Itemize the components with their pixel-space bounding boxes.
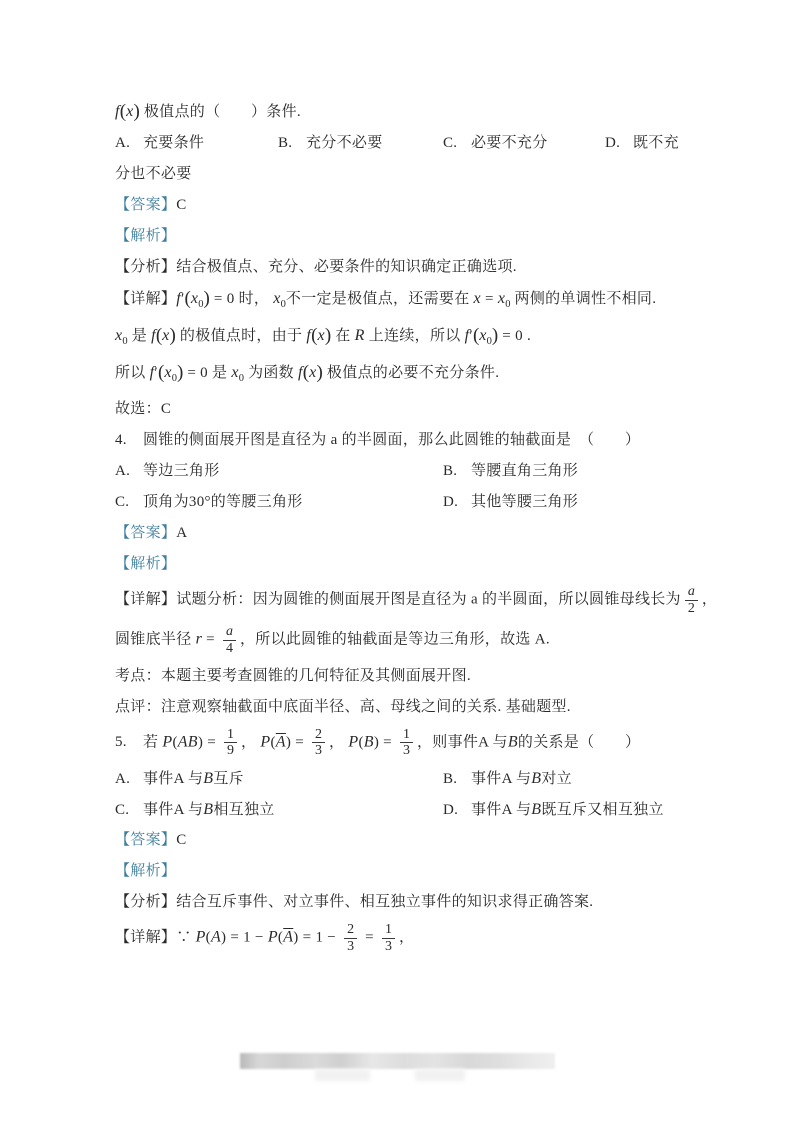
text-run: 的极值点时，由于 xyxy=(176,328,307,344)
math-variable: B xyxy=(508,733,518,750)
text-run: 所以 xyxy=(115,365,150,381)
q3-option-c: C.必要不充分 xyxy=(443,132,548,155)
q3-conclusion: 故选：C xyxy=(115,398,693,421)
text-run: ， xyxy=(241,734,260,750)
q3-options-row: A.充要条件B.充分不必要C.必要不充分D.既不充 xyxy=(115,132,693,155)
option-letter: D. xyxy=(443,799,471,822)
fraction-denominator: 3 xyxy=(344,938,357,955)
q4-options-row-2: C.顶角为30°的等腰三角形D.其他等腰三角形 xyxy=(115,491,693,514)
math-variable: AB xyxy=(178,733,198,750)
q3-option-d: D.既不充 xyxy=(605,132,679,155)
text-run: 既互斥又相互独立 xyxy=(541,802,663,818)
text-run: 充要条件 xyxy=(143,135,204,151)
fraction-denominator: 2 xyxy=(685,600,698,617)
section-label: 【答案】 xyxy=(115,525,176,541)
q4-detail-2: 圆锥底半径 r = a4，所以此圆锥的轴截面是等边三角形，故选 A. xyxy=(115,624,693,656)
q4-stem: 4.圆锥的侧面展开图是直径为 a 的半圆面，那么此圆锥的轴截面是 （ ） xyxy=(115,429,693,452)
q4-option-c: C.顶角为30°的等腰三角形 xyxy=(115,491,303,514)
math-variable-overbar: A xyxy=(283,929,293,946)
text-run: 【分析】结合互斥事件、对立事件、相互独立事件的知识求得正确答案. xyxy=(115,894,593,910)
math-variable: x xyxy=(479,327,486,344)
fraction-numerator: 2 xyxy=(312,727,325,743)
math-variable: B xyxy=(364,733,374,750)
document-page: f(x) 极值点的（ ）条件.A.充要条件B.充分不必要C.必要不充分D.既不充… xyxy=(0,0,793,1122)
q4-kaodian: 考点：本题主要考查圆锥的几何特征及其侧面展开图. xyxy=(115,665,693,688)
document-content: f(x) 极值点的（ ）条件.A.充要条件B.充分不必要C.必要不充分D.既不充… xyxy=(115,100,693,962)
math-variable: A xyxy=(211,929,221,946)
option-letter: C. xyxy=(115,491,143,514)
text-run: 的关系是（ ） xyxy=(518,734,640,750)
q5-option-c: C.事件A 与B相互独立 xyxy=(115,798,275,822)
fraction-numerator: 1 xyxy=(382,922,395,938)
math-variable: x xyxy=(309,364,316,381)
fraction-denominator: 3 xyxy=(382,938,395,955)
fraction-numerator: 1 xyxy=(400,727,413,743)
q4-detail-1: 【详解】试题分析：因为圆锥的侧面展开图是直径为 a 的半圆面，所以圆锥母线长为a… xyxy=(115,584,693,616)
q4-option-d: D.其他等腰三角形 xyxy=(443,491,578,514)
text-run: 事件A 与 xyxy=(143,802,203,818)
q4-option-a: A.等边三角形 xyxy=(115,460,220,483)
text-run: = 0 . xyxy=(498,328,531,344)
fraction: 23 xyxy=(312,727,325,759)
text-run: 等腰直角三角形 xyxy=(471,463,578,479)
option-letter: A. xyxy=(115,768,143,791)
section-label: 【解析】 xyxy=(115,556,176,572)
q5-fenxi: 【分析】结合互斥事件、对立事件、相互独立事件的知识求得正确答案. xyxy=(115,891,693,914)
watermark-smudge xyxy=(415,1069,465,1081)
text-run: ) = xyxy=(286,734,308,750)
fraction-denominator: 9 xyxy=(224,742,237,759)
text-run: 两侧的单调性不相同. xyxy=(510,291,656,307)
option-letter: D. xyxy=(443,491,471,514)
fraction-denominator: 3 xyxy=(312,742,325,759)
text-run: 分也不必要 xyxy=(115,166,192,182)
text-run: 事件A 与 xyxy=(143,771,203,787)
q3-option-a: A.充要条件 xyxy=(115,132,204,155)
math-variable: B xyxy=(531,770,541,787)
math-variable: P xyxy=(260,733,270,750)
fraction-numerator: a xyxy=(223,624,236,640)
math-variable: P xyxy=(348,733,358,750)
text-run: 【详解】 xyxy=(115,291,176,307)
text-run: 充分不必要 xyxy=(306,135,383,151)
text-run: 极值点的（ ）条件. xyxy=(140,104,301,120)
section-label: 【答案】 xyxy=(115,197,176,213)
text-run: 上连续，所以 xyxy=(365,328,465,344)
option-letter: B. xyxy=(443,768,471,791)
text-run: 既不充 xyxy=(633,135,679,151)
text-run: 其他等腰三角形 xyxy=(471,494,578,510)
text-run: 互斥 xyxy=(213,771,244,787)
option-letter: B. xyxy=(278,132,306,155)
text-run: 【详解】试题分析：因为圆锥的侧面展开图是直径为 a 的半圆面，所以圆锥母线长为 xyxy=(115,592,681,608)
math-variable: B xyxy=(203,801,213,818)
text-run: 【详解】∵ xyxy=(115,930,196,946)
text-run: 是 xyxy=(128,328,151,344)
option-letter: C. xyxy=(115,799,143,822)
fraction: 23 xyxy=(344,922,357,954)
text-run: = xyxy=(481,291,498,307)
q5-options-row-1: A.事件A 与B互斥B.事件A 与B对立 xyxy=(115,767,693,790)
fraction-numerator: 2 xyxy=(344,922,357,938)
q3-detail-3: 所以 f′(x0) = 0 是 x0 为函数 f(x) 极值点的必要不充分条件. xyxy=(115,361,693,390)
q3-fenxi: 【分析】结合极值点、充分、必要条件的知识确定正确选项. xyxy=(115,256,693,279)
q4-options-row-1: A.等边三角形B.等腰直角三角形 xyxy=(115,460,693,483)
text-run: ) = xyxy=(374,734,396,750)
text-run: 故选：C xyxy=(115,401,171,417)
fraction: a2 xyxy=(685,584,698,616)
math-variable: x xyxy=(162,327,169,344)
text-run: ， xyxy=(329,734,348,750)
text-run: C xyxy=(176,197,186,213)
math-variable-overbar: A xyxy=(276,733,286,750)
text-run: 顶角为30°的等腰三角形 xyxy=(143,494,303,510)
q3-answer: 【答案】C xyxy=(115,194,693,217)
q5-analysis-label: 【解析】 xyxy=(115,860,693,883)
watermark-redacted-bar xyxy=(240,1053,555,1069)
text-run: ，则事件A 与 xyxy=(417,734,508,750)
text-run: = 0 时， xyxy=(210,291,273,307)
q5-option-d: D.事件A 与B既互斥又相互独立 xyxy=(443,798,664,822)
text-run: 若 xyxy=(143,734,162,750)
option-letter: A. xyxy=(115,132,143,155)
q3-option-b: B.充分不必要 xyxy=(278,132,383,155)
q3-detail-2: x0 是 f(x) 的极值点时，由于 f(x) 在 R 上连续，所以 f′(x0… xyxy=(115,324,693,353)
math-variable: B xyxy=(531,801,541,818)
math-variable: P xyxy=(162,733,172,750)
math-variable: x xyxy=(273,290,280,307)
text-run: 为函数 xyxy=(244,365,298,381)
fraction: a4 xyxy=(223,624,236,656)
text-run: 在 xyxy=(331,328,354,344)
text-run: 点评：注意观察轴截面中底面半径、高、母线之间的关系. 基础题型. xyxy=(115,699,571,715)
text-run: = 0 是 xyxy=(183,365,231,381)
fraction: 19 xyxy=(224,727,237,759)
q5-answer: 【答案】C xyxy=(115,829,693,852)
math-variable: B xyxy=(203,770,213,787)
math-variable: x xyxy=(474,290,481,307)
fraction: 13 xyxy=(400,727,413,759)
q5-detail-1: 【详解】∵ P(A) = 1 − P(A) = 1 − 23 = 13， xyxy=(115,922,693,954)
watermark-smudge xyxy=(315,1069,370,1081)
fraction-numerator: a xyxy=(685,584,698,600)
option-letter: 5. xyxy=(115,731,143,754)
q3-option-d-wrap: 分也不必要 xyxy=(115,163,693,186)
math-variable: P xyxy=(196,929,206,946)
option-letter: D. xyxy=(605,132,633,155)
option-letter: B. xyxy=(443,460,471,483)
q5-stem: 5.若 P(AB) = 19， P(A) = 23， P(B) = 13，则事件… xyxy=(115,727,693,759)
text-run: 考点：本题主要考查圆锥的几何特征及其侧面展开图. xyxy=(115,668,471,684)
fraction-denominator: 3 xyxy=(400,742,413,759)
text-run: ) = 1 − xyxy=(221,930,268,946)
q4-analysis-label: 【解析】 xyxy=(115,553,693,576)
text-run: 事件A 与 xyxy=(471,771,531,787)
q3-stem-continued: f(x) 极值点的（ ）条件. xyxy=(115,100,693,124)
q5-option-b: B.事件A 与B对立 xyxy=(443,767,572,791)
text-run: 圆锥底半径 xyxy=(115,632,196,648)
text-run: ，所以此圆锥的轴截面是等边三角形，故选 A. xyxy=(240,632,550,648)
q5-option-a: A.事件A 与B互斥 xyxy=(115,767,244,791)
text-run: 【分析】结合极值点、充分、必要条件的知识确定正确选项. xyxy=(115,259,517,275)
text-run: A xyxy=(176,525,187,541)
q5-options-row-2: C.事件A 与B相互独立D.事件A 与B既互斥又相互独立 xyxy=(115,798,693,821)
text-run: ， xyxy=(399,930,414,946)
q4-option-b: B.等腰直角三角形 xyxy=(443,460,578,483)
math-variable: x xyxy=(164,364,171,381)
text-run: 极值点的必要不充分条件. xyxy=(323,365,499,381)
q4-dianping: 点评：注意观察轴截面中底面半径、高、母线之间的关系. 基础题型. xyxy=(115,696,693,719)
option-letter: C. xyxy=(443,132,471,155)
text-run: 对立 xyxy=(541,771,572,787)
fraction-numerator: 1 xyxy=(224,727,237,743)
text-run: ) = 1 − xyxy=(293,930,340,946)
text-run: 事件A 与 xyxy=(471,802,531,818)
math-variable: R xyxy=(355,327,365,344)
text-run: C xyxy=(176,832,186,848)
text-run: 圆锥的侧面展开图是直径为 a 的半圆面，那么此圆锥的轴截面是 （ ） xyxy=(143,432,640,448)
math-variable: x xyxy=(231,364,238,381)
text-run: 相互独立 xyxy=(213,802,274,818)
fraction: 13 xyxy=(382,922,395,954)
q3-detail-1: 【详解】f′(x0) = 0 时， x0不一定是极值点，还需要在 x = x0 … xyxy=(115,287,693,316)
q3-analysis-label: 【解析】 xyxy=(115,225,693,248)
text-run: ， xyxy=(702,592,717,608)
text-run: 等边三角形 xyxy=(143,463,220,479)
text-run: ) = xyxy=(198,734,220,750)
q4-answer: 【答案】A xyxy=(115,522,693,545)
text-run: 必要不充分 xyxy=(471,135,548,151)
math-variable: x xyxy=(317,327,324,344)
section-label: 【解析】 xyxy=(115,863,176,879)
text-run: = xyxy=(202,632,219,648)
fraction-denominator: 4 xyxy=(223,640,236,657)
section-label: 【答案】 xyxy=(115,832,176,848)
section-label: 【解析】 xyxy=(115,228,176,244)
option-letter: A. xyxy=(115,460,143,483)
text-run: = xyxy=(361,930,378,946)
option-letter: 4. xyxy=(115,429,143,452)
text-run: 不一定是极值点，还需要在 xyxy=(286,291,474,307)
math-variable: P xyxy=(268,929,278,946)
